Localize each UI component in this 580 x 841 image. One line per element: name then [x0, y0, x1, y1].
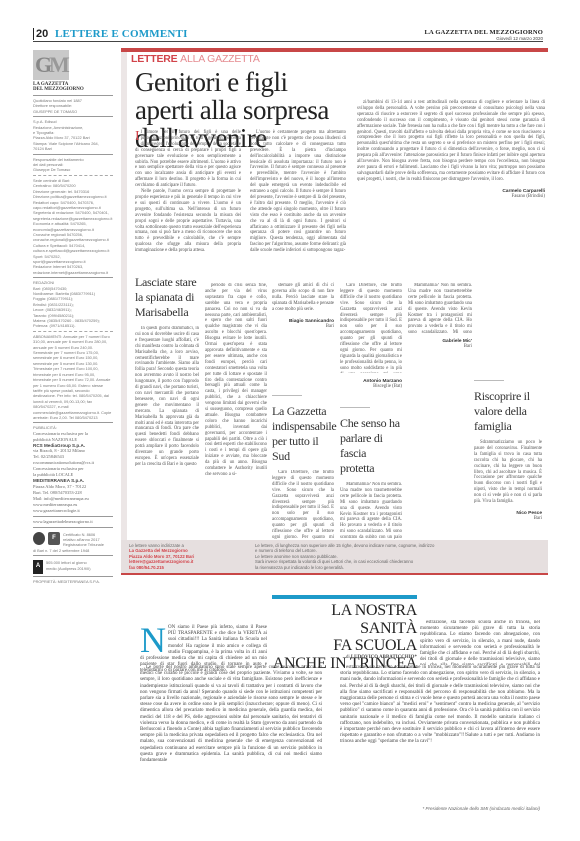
redazioni-block: REDAZIONI Bari: (080)5470430; Nordbarese… — [33, 277, 113, 331]
director-name: GIUSEPPE DE TOMASO — [33, 109, 113, 114]
letter-famiglia: Riscoprire il valore della famiglia Sdra… — [474, 380, 542, 521]
opinion-body-col1: Le porte del nostro ambulatorio sono sta… — [140, 665, 322, 835]
logo-wordmark: LA GAZZETTA DEL MEZZOGIORNO — [33, 82, 113, 92]
divider — [340, 407, 370, 408]
director-block: Quotidiano fondato nel 1887 Direttore re… — [33, 95, 113, 116]
lead-city: Fasano (Brindisi) — [357, 194, 545, 199]
letter-city: Bari — [474, 516, 542, 521]
lead-letter-col3: zi/bambini di 13-14 anni a test attitudi… — [357, 100, 545, 199]
letter-city: Bari — [272, 324, 334, 329]
masthead: LA GAZZETTA DEL MEZZOGIORNO Giovedì 12 m… — [424, 29, 543, 41]
letters-address: Le lettere vanno indirizzate a La Gazzet… — [129, 543, 249, 570]
opinion-footnote: * Presidente Nazionale dello SMI (sindac… — [340, 806, 540, 811]
letter-title: Che senso ha parlare di fascia protetta — [340, 416, 402, 476]
ads-audipress-icon: A — [33, 560, 43, 574]
privacy-block: Responsabile del trattamento dei dati pe… — [33, 154, 113, 175]
section-title: LETTERE E COMMENTI — [55, 28, 188, 40]
opinion-body-col2-top: estrazione, sta facendo scuola anche in … — [420, 620, 540, 665]
ownership-block: PROPRIETÀ: MEDITERRANEA S.P.A. — [33, 576, 113, 586]
dropcap: I — [135, 131, 140, 143]
opinion-body-col2: estrazione, sta facendo scuola anche in … — [340, 665, 540, 795]
divider — [474, 380, 504, 381]
advertising-block: PUBBLICITÀ: Concessionaria esclusiva per… — [33, 422, 113, 515]
page-number: 20 — [33, 28, 48, 40]
letter-marisabella: Lasciate stare la spianata di Marisabell… — [135, 275, 199, 501]
newspaper-logo: G M — [33, 50, 69, 80]
section-kicker: LETTERE ALLA GAZZETTA — [131, 53, 260, 65]
lead-letter-col1: I l timore per il futuro dei figli è una… — [135, 130, 241, 254]
readers-block: A 505.000 lettori al giorno medio (Audip… — [33, 555, 113, 576]
fieg-badge-icon: F — [48, 532, 60, 545]
blue-rule — [272, 595, 417, 599]
certification-seal-icon — [33, 532, 45, 545]
contacts-block: Sede centrale di Bari: Centralino: 080/5… — [33, 175, 113, 277]
logo-m-glyph: M — [49, 52, 70, 78]
dropcap: N — [140, 625, 166, 655]
letter-gazzetta-col2: Caro Direttore, che brutto leggere di qu… — [340, 283, 402, 389]
letter-marisabella-col2: periodo di crisi senza fine, anche per v… — [205, 283, 267, 545]
letter-fascia-protetta-col2: Mammamia? Non mi sembra. Una madre non t… — [408, 283, 472, 349]
letter-fascia-protetta: Che senso ha parlare di fascia protetta … — [340, 407, 402, 552]
lead-letter-col2: L'uomo è certamente progetto ma altretta… — [250, 130, 346, 254]
section-side-band — [121, 52, 127, 542]
masthead-name: LA GAZZETTA DEL MEZZOGIORNO — [424, 29, 543, 36]
red-rule — [121, 48, 548, 52]
colophon-sidebar: G M LA GAZZETTA DEL MEZZOGIORNO Quotidia… — [33, 50, 113, 587]
website-block: www.lagazzettadelmezzogiorno.it — [33, 516, 113, 527]
letter-gazzetta: La Gazzetta indispensabile per tutto il … — [272, 395, 334, 555]
opinion-byline: di LUDOVICO ABBATICCHIO* — [272, 655, 417, 660]
letter-city: Bisceglie (Bat) — [340, 384, 402, 389]
divider — [272, 395, 302, 396]
website-link[interactable]: www.lagazzettadelmezzogiorno.it — [33, 519, 113, 525]
letter-marisabella-col3: stemare gli amici di chi ci governa allo… — [272, 283, 334, 329]
letters-info-box: Le lettere vanno indirizzate a La Gazzet… — [121, 540, 548, 575]
letter-title: Lasciate stare la spianata di Marisabell… — [135, 275, 199, 320]
letter-city: Bari — [408, 344, 472, 349]
letter-title: Riscoprire il valore della famiglia — [474, 389, 542, 434]
publisher-block: S.p.A. Edisud Redazione, Amministrazione… — [33, 116, 113, 153]
opinion-author: LUDOVICO ABBATICCHIO* — [351, 655, 417, 660]
letter-title: La Gazzetta indispensabile per tutto il … — [272, 404, 334, 464]
letters-rules: Le lettere, di lunghezza non superiore a… — [255, 543, 545, 570]
subscriptions-block: ABBONAMENTI: Annuale per 7 numeri Euro 3… — [33, 331, 113, 423]
issue-date: Giovedì 12 marzo 2020 — [424, 36, 543, 41]
page-header: 20 LETTERE E COMMENTI LA GAZZETTA DEL ME… — [33, 28, 543, 42]
opinion-headline: LA NOSTRA SANITÀ FA SCUOLA ANCHE IN TRIN… — [272, 602, 417, 672]
certificate-block: F Certificato N. 8606 relativo all'anno … — [33, 527, 113, 556]
